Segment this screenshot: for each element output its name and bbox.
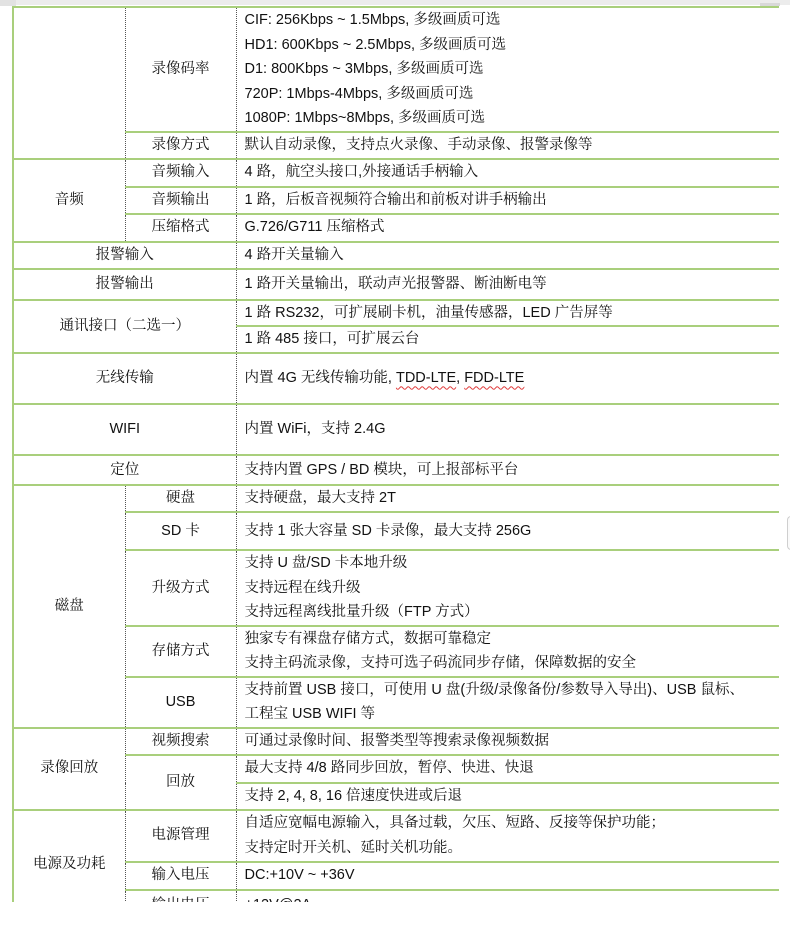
row-label: 报警输出 [13, 269, 236, 300]
value-text: , [456, 370, 464, 386]
row-value: 支持硬盘，最大支持 2T [236, 485, 779, 512]
row-value: +12V@2A， [236, 890, 779, 903]
row-value: G.726/G711 压缩格式 [236, 214, 779, 242]
row-value: 1 路，后板音视频符合输出和前板对讲手柄输出 [236, 187, 779, 214]
row-value: 支持 2, 4, 8, 16 倍速度快进或后退 [236, 783, 779, 810]
group-label-audio: 音频 [13, 159, 125, 242]
row-label: 音频输出 [125, 187, 236, 214]
row-value: 独家专有裸盘存储方式，数据可靠稳定 支持主码流录像，支持可选子码流同步存储，保障… [236, 626, 779, 677]
value-line: 支持远程离线批量升级（FTP 方式） [245, 600, 780, 625]
table-row: 无线传输 内置 4G 无线传输功能, TDD-LTE, FDD-LTE [13, 353, 779, 404]
row-value: 支持前置 USB 接口，可使用 U 盘(升级/录像备份/参数导入导出)、USB … [236, 677, 779, 728]
table-row: 录像码率 CIF: 256Kbps ~ 1.5Mbps, 多级画质可选 HD1:… [13, 7, 779, 132]
row-value: DC:+10V ~ +36V [236, 862, 779, 890]
value-line: 自适应宽幅电源输入，具备过载，欠压、短路、反接等保护功能； [245, 811, 780, 836]
row-value: 1 路开关量输出，联动声光报警器、断油断电等 [236, 269, 779, 300]
value-line: 720P: 1Mbps-4Mbps, 多级画质可选 [245, 82, 780, 107]
row-value: 可通过录像时间、报警类型等搜索录像视频数据 [236, 728, 779, 755]
table-row: 报警输出 1 路开关量输出，联动声光报警器、断油断电等 [13, 269, 779, 300]
table-row: SD 卡 支持 1 张大容量 SD 卡录像，最大支持 256G [13, 512, 779, 550]
table-row: 回放 最大支持 4/8 路同步回放，暂停、快进、快退 [13, 755, 779, 783]
value-line: 支持定时开关机、延时关机功能。 [245, 836, 780, 861]
table-row: 磁盘 硬盘 支持硬盘，最大支持 2T [13, 485, 779, 512]
row-label: 升级方式 [125, 550, 236, 626]
row-label: 定位 [13, 455, 236, 485]
value-line: 支持主码流录像，支持可选子码流同步存储，保障数据的安全 [245, 651, 780, 676]
table-row: 升级方式 支持 U 盘/SD 卡本地升级 支持远程在线升级 支持远程离线批量升级… [13, 550, 779, 626]
row-label: USB [125, 677, 236, 728]
table-row: 录像回放 视频搜索 可通过录像时间、报警类型等搜索录像视频数据 [13, 728, 779, 755]
row-label: SD 卡 [125, 512, 236, 550]
row-label: 压缩格式 [125, 214, 236, 242]
table-row: 报警输入 4 路开关量输入 [13, 242, 779, 269]
value-line: CIF: 256Kbps ~ 1.5Mbps, 多级画质可选 [245, 8, 780, 33]
row-label: 音频输入 [125, 159, 236, 187]
row-value: 1 路 485 接口，可扩展云台 [236, 326, 779, 353]
spec-table: 录像码率 CIF: 256Kbps ~ 1.5Mbps, 多级画质可选 HD1:… [12, 6, 779, 902]
group-cell-video [13, 7, 125, 159]
row-value: 支持内置 GPS / BD 模块，可上报部标平台 [236, 455, 779, 485]
row-value: 内置 4G 无线传输功能, TDD-LTE, FDD-LTE [236, 353, 779, 404]
group-label-power: 电源及功耗 [13, 810, 125, 903]
value-line: 支持远程在线升级 [245, 576, 780, 601]
group-label-playback: 录像回放 [13, 728, 125, 810]
table-row: 存储方式 独家专有裸盘存储方式，数据可靠稳定 支持主码流录像，支持可选子码流同步… [13, 626, 779, 677]
value-line: 支持前置 USB 接口，可使用 U 盘(升级/录像备份/参数导入导出)、USB … [245, 678, 780, 703]
table-row: 通讯接口（二选一） 1 路 RS232，可扩展刷卡机，油量传感器，LED 广告屏… [13, 300, 779, 327]
row-value: 支持 1 张大容量 SD 卡录像，最大支持 256G [236, 512, 779, 550]
row-value: 4 路开关量输入 [236, 242, 779, 269]
group-label-disk: 磁盘 [13, 485, 125, 728]
row-value: CIF: 256Kbps ~ 1.5Mbps, 多级画质可选 HD1: 600K… [236, 7, 779, 132]
row-value: 自适应宽幅电源输入，具备过载，欠压、短路、反接等保护功能； 支持定时开关机、延时… [236, 810, 779, 862]
table-row: 输出电压 +12V@2A， [13, 890, 779, 903]
row-label: 输入电压 [125, 862, 236, 890]
row-value: 内置 WiFi，支持 2.4G [236, 404, 779, 455]
value-line: 1080P: 1Mbps~8Mbps, 多级画质可选 [245, 106, 780, 131]
row-value: 支持 U 盘/SD 卡本地升级 支持远程在线升级 支持远程离线批量升级（FTP … [236, 550, 779, 626]
row-label: 通讯接口（二选一） [13, 300, 236, 354]
table-row: 输入电压 DC:+10V ~ +36V [13, 862, 779, 890]
spellcheck-word: TDD-LTE [396, 370, 456, 386]
row-value: 4 路，航空头接口,外接通话手柄输入 [236, 159, 779, 187]
value-line: 支持 U 盘/SD 卡本地升级 [245, 551, 780, 576]
row-value: 默认自动录像，支持点火录像、手动录像、报警录像等 [236, 132, 779, 159]
value-line: 工程宝 USB WIFI 等 [245, 702, 780, 727]
row-label: 录像码率 [125, 7, 236, 132]
row-label: 硬盘 [125, 485, 236, 512]
document-page: 录像码率 CIF: 256Kbps ~ 1.5Mbps, 多级画质可选 HD1:… [12, 6, 779, 902]
row-label: 无线传输 [13, 353, 236, 404]
row-value: 最大支持 4/8 路同步回放，暂停、快进、快退 [236, 755, 779, 783]
row-label: 存储方式 [125, 626, 236, 677]
table-row: WIFI 内置 WiFi，支持 2.4G [13, 404, 779, 455]
row-label: 电源管理 [125, 810, 236, 862]
row-value: 1 路 RS232，可扩展刷卡机，油量传感器，LED 广告屏等 [236, 300, 779, 327]
row-label: 输出电压 [125, 890, 236, 903]
table-row: 压缩格式 G.726/G711 压缩格式 [13, 214, 779, 242]
value-line: HD1: 600Kbps ~ 2.5Mbps, 多级画质可选 [245, 33, 780, 58]
table-row: 定位 支持内置 GPS / BD 模块，可上报部标平台 [13, 455, 779, 485]
value-text: 内置 4G 无线传输功能, [245, 370, 396, 386]
spellcheck-word: FDD-LTE [464, 370, 524, 386]
table-row: 录像方式 默认自动录像，支持点火录像、手动录像、报警录像等 [13, 132, 779, 159]
table-row: 电源及功耗 电源管理 自适应宽幅电源输入，具备过载，欠压、短路、反接等保护功能；… [13, 810, 779, 862]
value-line: 独家专有裸盘存储方式，数据可靠稳定 [245, 627, 780, 652]
table-row: USB 支持前置 USB 接口，可使用 U 盘(升级/录像备份/参数导入导出)、… [13, 677, 779, 728]
table-row: 音频输出 1 路，后板音视频符合输出和前板对讲手柄输出 [13, 187, 779, 214]
window-top-bar [0, 0, 790, 5]
value-line: D1: 800Kbps ~ 3Mbps, 多级画质可选 [245, 57, 780, 82]
row-label: 回放 [125, 755, 236, 810]
row-label: 录像方式 [125, 132, 236, 159]
table-row: 音频 音频输入 4 路，航空头接口,外接通话手柄输入 [13, 159, 779, 187]
row-label: WIFI [13, 404, 236, 455]
row-label: 视频搜索 [125, 728, 236, 755]
row-label: 报警输入 [13, 242, 236, 269]
